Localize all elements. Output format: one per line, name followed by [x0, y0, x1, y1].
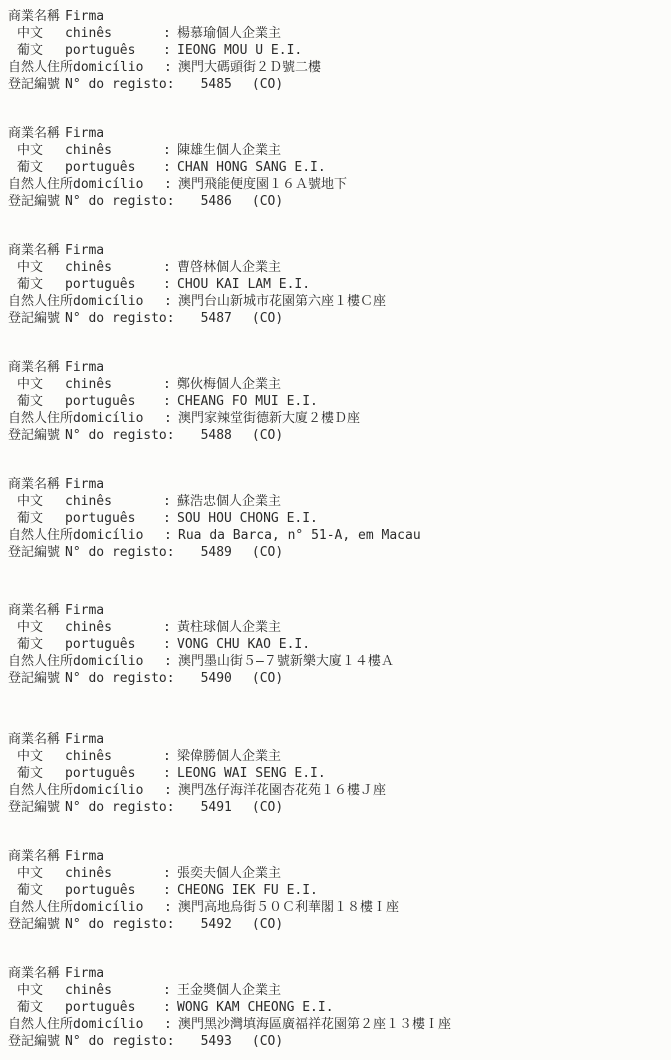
colon-separator: :: [164, 782, 178, 799]
registry-number-value: 5486: [201, 193, 232, 210]
portuguese-name-value: VONG CHU KAO E.I.: [177, 636, 310, 653]
label-domicile-pt: domicílio: [73, 527, 164, 544]
colon-separator: :: [163, 376, 177, 393]
chinese-name-value: 王金奬個人企業主: [177, 982, 281, 999]
portuguese-name-value: IEONG MOU U E.I.: [177, 42, 302, 59]
registry-entry: 商業名稱 Firma 中文 chinês : 王金奬個人企業主 葡文 portu…: [8, 965, 665, 1050]
colon-separator: :: [163, 999, 177, 1016]
domicile-value: 澳門大碼頭街２Ｄ號二樓: [178, 59, 321, 76]
portuguese-name-value: LEONG WAI SENG E.I.: [177, 765, 326, 782]
registry-suffix: (CO): [252, 193, 283, 210]
chinese-name-row: 中文 chinês : 曹啓林個人企業主: [8, 259, 665, 276]
domicile-row: 自然人住所 domicílio : Rua da Barca, n° 51-A,…: [8, 527, 665, 544]
registry-number-row: 登記編號 N° do registo: 5486 (CO): [8, 193, 665, 210]
chinese-name-value: 張奕夫個人企業主: [177, 865, 281, 882]
label-registry-pt: N° do registo:: [65, 1033, 175, 1050]
label-domicile-zh: 自然人住所: [8, 653, 73, 670]
label-business-name-zh: 商業名稱: [8, 359, 65, 376]
chinese-name-value: 楊慕瑜個人企業主: [177, 25, 281, 42]
label-domicile-zh: 自然人住所: [8, 410, 73, 427]
label-registry-zh: 登記編號: [8, 1033, 65, 1050]
label-business-name-zh: 商業名稱: [8, 602, 65, 619]
domicile-row: 自然人住所 domicílio : 澳門墨山街５—７號新樂大廈１４樓Ａ: [8, 653, 665, 670]
label-portuguese-pt: português: [65, 159, 163, 176]
label-business-name-zh: 商業名稱: [8, 848, 65, 865]
label-portuguese-pt: português: [65, 510, 163, 527]
label-registry-pt: N° do registo:: [65, 310, 175, 327]
domicile-row: 自然人住所 domicílio : 澳門高地烏街５０Ｃ利華閣１８樓Ｉ座: [8, 899, 665, 916]
label-portuguese-zh: 葡文: [8, 999, 65, 1016]
portuguese-name-row: 葡文 português : LEONG WAI SENG E.I.: [8, 765, 665, 782]
label-domicile-pt: domicílio: [73, 293, 164, 310]
firm-header-row: 商業名稱 Firma: [8, 602, 665, 619]
label-registry-pt: N° do registo:: [65, 427, 175, 444]
label-registry-pt: N° do registo:: [65, 916, 175, 933]
label-business-name-pt: Firma: [65, 8, 163, 25]
label-chinese-pt: chinês: [65, 619, 163, 636]
chinese-name-value: 陳雄生個人企業主: [177, 142, 281, 159]
portuguese-name-value: CHOU KAI LAM E.I.: [177, 276, 310, 293]
label-business-name-pt: Firma: [65, 848, 163, 865]
label-portuguese-pt: português: [65, 999, 163, 1016]
firm-header-row: 商業名稱 Firma: [8, 8, 665, 25]
label-portuguese-zh: 葡文: [8, 393, 65, 410]
label-business-name-pt: Firma: [65, 965, 163, 982]
registry-number-value: 5487: [201, 310, 232, 327]
portuguese-name-row: 葡文 português : CHAN HONG SANG E.I.: [8, 159, 665, 176]
label-portuguese-pt: português: [65, 276, 163, 293]
label-business-name-zh: 商業名稱: [8, 242, 65, 259]
label-chinese-zh: 中文: [8, 619, 65, 636]
chinese-name-value: 鄭伙梅個人企業主: [177, 376, 281, 393]
label-chinese-zh: 中文: [8, 25, 65, 42]
domicile-value: 澳門飛能便度園１６Ａ號地下: [178, 176, 347, 193]
colon-separator: :: [163, 259, 177, 276]
label-chinese-zh: 中文: [8, 865, 65, 882]
registry-number-value: 5491: [201, 799, 232, 816]
registry-number-row: 登記編號 N° do registo: 5485 (CO): [8, 76, 665, 93]
domicile-value: 澳門家辣堂街德新大廈２樓Ｄ座: [178, 410, 360, 427]
label-business-name-zh: 商業名稱: [8, 125, 65, 142]
registry-number-row: 登記編號 N° do registo: 5489 (CO): [8, 544, 665, 561]
registry-number-value: 5490: [201, 670, 232, 687]
label-chinese-pt: chinês: [65, 493, 163, 510]
label-business-name-zh: 商業名稱: [8, 731, 65, 748]
chinese-name-row: 中文 chinês : 張奕夫個人企業主: [8, 865, 665, 882]
registry-number-row: 登記編號 N° do registo: 5493 (CO): [8, 1033, 665, 1050]
registry-entry: 商業名稱 Firma 中文 chinês : 曹啓林個人企業主 葡文 portu…: [8, 242, 665, 327]
colon-separator: :: [163, 636, 177, 653]
registry-suffix: (CO): [252, 76, 283, 93]
label-portuguese-pt: português: [65, 42, 163, 59]
registry-number-value: 5485: [201, 76, 232, 93]
label-domicile-zh: 自然人住所: [8, 782, 73, 799]
portuguese-name-value: CHEANG FO MUI E.I.: [177, 393, 318, 410]
label-chinese-pt: chinês: [65, 865, 163, 882]
label-registry-pt: N° do registo:: [65, 799, 175, 816]
label-portuguese-zh: 葡文: [8, 882, 65, 899]
domicile-row: 自然人住所 domicílio : 澳門台山新城市花園第六座１樓Ｃ座: [8, 293, 665, 310]
label-domicile-pt: domicílio: [73, 59, 164, 76]
label-domicile-zh: 自然人住所: [8, 176, 73, 193]
colon-separator: :: [163, 748, 177, 765]
domicile-row: 自然人住所 domicílio : 澳門氹仔海洋花園杏花苑１６樓Ｊ座: [8, 782, 665, 799]
colon-separator: :: [163, 142, 177, 159]
registry-number-row: 登記編號 N° do registo: 5487 (CO): [8, 310, 665, 327]
chinese-name-row: 中文 chinês : 黃柱球個人企業主: [8, 619, 665, 636]
label-portuguese-zh: 葡文: [8, 510, 65, 527]
colon-separator: :: [163, 510, 177, 527]
colon-separator: :: [164, 653, 178, 670]
label-registry-pt: N° do registo:: [65, 670, 175, 687]
portuguese-name-row: 葡文 português : VONG CHU KAO E.I.: [8, 636, 665, 653]
chinese-name-value: 黃柱球個人企業主: [177, 619, 281, 636]
chinese-name-value: 梁偉勝個人企業主: [177, 748, 281, 765]
firm-header-row: 商業名稱 Firma: [8, 848, 665, 865]
label-registry-zh: 登記編號: [8, 544, 65, 561]
registry-number-row: 登記編號 N° do registo: 5491 (CO): [8, 799, 665, 816]
label-chinese-zh: 中文: [8, 376, 65, 393]
colon-separator: :: [163, 25, 177, 42]
registry-entry: 商業名稱 Firma 中文 chinês : 蘇浩忠個人企業主 葡文 portu…: [8, 476, 665, 561]
label-registry-pt: N° do registo:: [65, 544, 175, 561]
portuguese-name-row: 葡文 português : WONG KAM CHEONG E.I.: [8, 999, 665, 1016]
label-registry-pt: N° do registo:: [65, 193, 175, 210]
label-registry-zh: 登記編號: [8, 310, 65, 327]
label-business-name-pt: Firma: [65, 602, 163, 619]
portuguese-name-row: 葡文 português : CHEANG FO MUI E.I.: [8, 393, 665, 410]
colon-separator: :: [163, 765, 177, 782]
colon-separator: :: [163, 619, 177, 636]
label-business-name-pt: Firma: [65, 242, 163, 259]
registry-suffix: (CO): [252, 427, 283, 444]
domicile-row: 自然人住所 domicílio : 澳門家辣堂街德新大廈２樓Ｄ座: [8, 410, 665, 427]
domicile-value: 澳門台山新城市花園第六座１樓Ｃ座: [178, 293, 386, 310]
label-domicile-pt: domicílio: [73, 176, 164, 193]
colon-separator: :: [163, 393, 177, 410]
chinese-name-row: 中文 chinês : 楊慕瑜個人企業主: [8, 25, 665, 42]
label-domicile-zh: 自然人住所: [8, 527, 73, 544]
portuguese-name-row: 葡文 português : CHEONG IEK FU E.I.: [8, 882, 665, 899]
label-domicile-pt: domicílio: [73, 782, 164, 799]
portuguese-name-row: 葡文 português : SOU HOU CHONG E.I.: [8, 510, 665, 527]
portuguese-name-value: CHAN HONG SANG E.I.: [177, 159, 326, 176]
domicile-row: 自然人住所 domicílio : 澳門飛能便度園１６Ａ號地下: [8, 176, 665, 193]
firm-header-row: 商業名稱 Firma: [8, 965, 665, 982]
registry-number-value: 5492: [201, 916, 232, 933]
registry-number-value: 5489: [201, 544, 232, 561]
registry-number-row: 登記編號 N° do registo: 5488 (CO): [8, 427, 665, 444]
registry-number-row: 登記編號 N° do registo: 5492 (CO): [8, 916, 665, 933]
chinese-name-row: 中文 chinês : 陳雄生個人企業主: [8, 142, 665, 159]
label-registry-zh: 登記編號: [8, 799, 65, 816]
label-domicile-zh: 自然人住所: [8, 1016, 73, 1033]
chinese-name-row: 中文 chinês : 鄭伙梅個人企業主: [8, 376, 665, 393]
label-portuguese-zh: 葡文: [8, 765, 65, 782]
domicile-row: 自然人住所 domicílio : 澳門黑沙灣填海區廣福祥花園第２座１３樓Ｉ座: [8, 1016, 665, 1033]
label-portuguese-zh: 葡文: [8, 636, 65, 653]
label-domicile-zh: 自然人住所: [8, 293, 73, 310]
registry-suffix: (CO): [252, 310, 283, 327]
registry-entry: 商業名稱 Firma 中文 chinês : 黃柱球個人企業主 葡文 portu…: [8, 602, 665, 687]
label-business-name-zh: 商業名稱: [8, 8, 65, 25]
chinese-name-value: 蘇浩忠個人企業主: [177, 493, 281, 510]
firm-header-row: 商業名稱 Firma: [8, 242, 665, 259]
domicile-value: 澳門高地烏街５０Ｃ利華閣１８樓Ｉ座: [178, 899, 399, 916]
label-chinese-pt: chinês: [65, 748, 163, 765]
registry-suffix: (CO): [252, 670, 283, 687]
portuguese-name-value: WONG KAM CHEONG E.I.: [177, 999, 334, 1016]
label-chinese-zh: 中文: [8, 748, 65, 765]
label-registry-zh: 登記編號: [8, 193, 65, 210]
label-chinese-zh: 中文: [8, 982, 65, 999]
registry-number-value: 5488: [201, 427, 232, 444]
label-chinese-pt: chinês: [65, 982, 163, 999]
label-business-name-zh: 商業名稱: [8, 965, 65, 982]
registry-suffix: (CO): [252, 916, 283, 933]
label-business-name-pt: Firma: [65, 359, 163, 376]
label-chinese-pt: chinês: [65, 376, 163, 393]
firm-header-row: 商業名稱 Firma: [8, 731, 665, 748]
colon-separator: :: [164, 59, 178, 76]
colon-separator: :: [164, 293, 178, 310]
colon-separator: :: [164, 1016, 178, 1033]
colon-separator: :: [163, 276, 177, 293]
portuguese-name-row: 葡文 português : CHOU KAI LAM E.I.: [8, 276, 665, 293]
firm-header-row: 商業名稱 Firma: [8, 476, 665, 493]
label-domicile-pt: domicílio: [73, 653, 164, 670]
label-registry-zh: 登記編號: [8, 670, 65, 687]
colon-separator: :: [163, 493, 177, 510]
domicile-value: 澳門黑沙灣填海區廣福祥花園第２座１３樓Ｉ座: [178, 1016, 451, 1033]
label-registry-pt: N° do registo:: [65, 76, 175, 93]
domicile-row: 自然人住所 domicílio : 澳門大碼頭街２Ｄ號二樓: [8, 59, 665, 76]
firm-header-row: 商業名稱 Firma: [8, 359, 665, 376]
portuguese-name-value: CHEONG IEK FU E.I.: [177, 882, 318, 899]
domicile-value: 澳門墨山街５—７號新樂大廈１４樓Ａ: [178, 653, 394, 670]
registry-entry: 商業名稱 Firma 中文 chinês : 陳雄生個人企業主 葡文 portu…: [8, 125, 665, 210]
label-business-name-pt: Firma: [65, 476, 163, 493]
colon-separator: :: [163, 159, 177, 176]
label-portuguese-pt: português: [65, 765, 163, 782]
label-business-name-pt: Firma: [65, 125, 163, 142]
colon-separator: :: [163, 865, 177, 882]
label-domicile-pt: domicílio: [73, 899, 164, 916]
label-domicile-pt: domicílio: [73, 410, 164, 427]
label-portuguese-zh: 葡文: [8, 42, 65, 59]
registry-number-value: 5493: [201, 1033, 232, 1050]
label-chinese-zh: 中文: [8, 493, 65, 510]
chinese-name-row: 中文 chinês : 梁偉勝個人企業主: [8, 748, 665, 765]
registry-suffix: (CO): [252, 544, 283, 561]
label-portuguese-pt: português: [65, 882, 163, 899]
label-registry-zh: 登記編號: [8, 427, 65, 444]
label-chinese-pt: chinês: [65, 142, 163, 159]
chinese-name-row: 中文 chinês : 蘇浩忠個人企業主: [8, 493, 665, 510]
label-portuguese-pt: português: [65, 393, 163, 410]
chinese-name-row: 中文 chinês : 王金奬個人企業主: [8, 982, 665, 999]
registry-suffix: (CO): [252, 1033, 283, 1050]
label-portuguese-zh: 葡文: [8, 276, 65, 293]
portuguese-name-value: SOU HOU CHONG E.I.: [177, 510, 318, 527]
gazette-page: 商業名稱 Firma 中文 chinês : 楊慕瑜個人企業主 葡文 portu…: [0, 0, 671, 1050]
colon-separator: :: [163, 982, 177, 999]
registry-number-row: 登記編號 N° do registo: 5490 (CO): [8, 670, 665, 687]
registry-entry: 商業名稱 Firma 中文 chinês : 張奕夫個人企業主 葡文 portu…: [8, 848, 665, 933]
label-chinese-zh: 中文: [8, 142, 65, 159]
registry-entry: 商業名稱 Firma 中文 chinês : 楊慕瑜個人企業主 葡文 portu…: [8, 8, 665, 93]
domicile-value: Rua da Barca, n° 51-A, em Macau: [178, 527, 421, 544]
label-domicile-zh: 自然人住所: [8, 59, 73, 76]
label-business-name-zh: 商業名稱: [8, 476, 65, 493]
label-portuguese-zh: 葡文: [8, 159, 65, 176]
colon-separator: :: [163, 42, 177, 59]
label-domicile-zh: 自然人住所: [8, 899, 73, 916]
colon-separator: :: [164, 527, 178, 544]
colon-separator: :: [163, 882, 177, 899]
colon-separator: :: [164, 899, 178, 916]
label-business-name-pt: Firma: [65, 731, 163, 748]
registry-entry: 商業名稱 Firma 中文 chinês : 鄭伙梅個人企業主 葡文 portu…: [8, 359, 665, 444]
chinese-name-value: 曹啓林個人企業主: [177, 259, 281, 276]
registry-suffix: (CO): [252, 799, 283, 816]
domicile-value: 澳門氹仔海洋花園杏花苑１６樓Ｊ座: [178, 782, 386, 799]
label-domicile-pt: domicílio: [73, 1016, 164, 1033]
portuguese-name-row: 葡文 português : IEONG MOU U E.I.: [8, 42, 665, 59]
colon-separator: :: [164, 410, 178, 427]
label-portuguese-pt: português: [65, 636, 163, 653]
colon-separator: :: [164, 176, 178, 193]
label-registry-zh: 登記編號: [8, 916, 65, 933]
label-chinese-zh: 中文: [8, 259, 65, 276]
registry-entry: 商業名稱 Firma 中文 chinês : 梁偉勝個人企業主 葡文 portu…: [8, 731, 665, 816]
firm-header-row: 商業名稱 Firma: [8, 125, 665, 142]
label-chinese-pt: chinês: [65, 25, 163, 42]
label-registry-zh: 登記編號: [8, 76, 65, 93]
label-chinese-pt: chinês: [65, 259, 163, 276]
